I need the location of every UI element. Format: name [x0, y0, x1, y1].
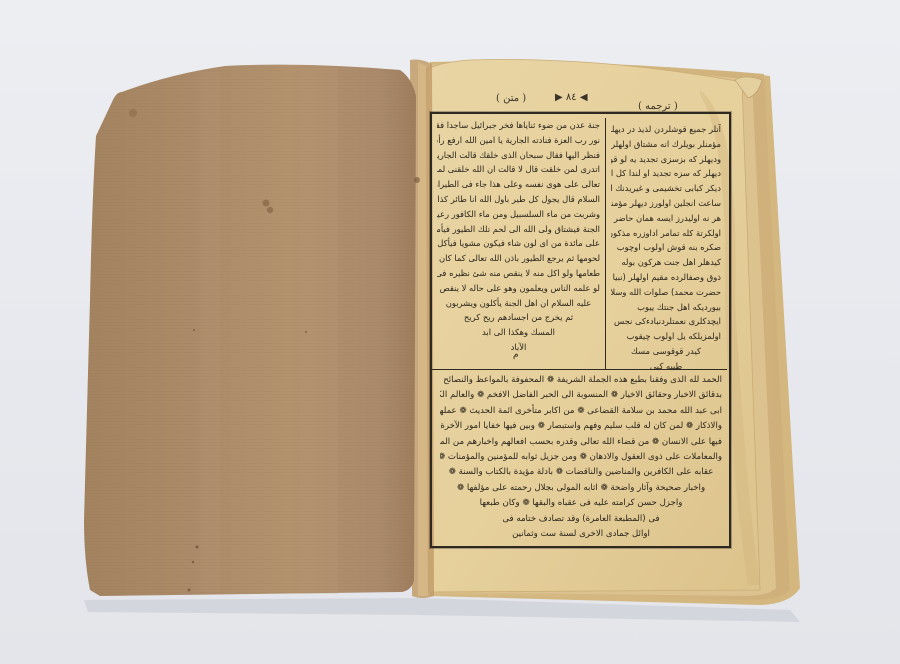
- text-line: لو علمه الناس ويعلمون وهو على حاله لا ين…: [437, 281, 600, 296]
- text-line: مؤمنلر بويلرك انه مشتاق اولهلر: [611, 137, 721, 152]
- photo-scene: ( متن ) ◀ ٨٤ ▶ ( ترجمه ) جنة عدن من ضوء …: [0, 0, 900, 664]
- text-line: ديكر كبابى تخشيمى و غيريدنك اول: [611, 181, 721, 196]
- text-line: كيدهلر اهل جنت هركون بوله: [611, 255, 721, 270]
- text-line: بيورديكه اهل جنتك ييوب: [611, 300, 721, 315]
- ornament-right-icon: ▶: [555, 92, 563, 103]
- text-line: والاذكار ❁ لمن كان له قلب سليم وفهم واست…: [440, 419, 722, 434]
- main-text-column: جنة عدن من ضوء ثناياها فخر جبرائيل ساجدا…: [437, 118, 600, 368]
- text-line: السلام قال يجول كل طير باول الله انا طائ…: [437, 192, 600, 207]
- text-line: ابى عبد الله محمد بن سلامة القضاعى ❁ من …: [440, 404, 722, 419]
- running-head-page-number: ◀ ٨٤ ▶: [555, 92, 588, 103]
- text-line: اولكرتة كله تمامر اداوزره مذكون: [611, 226, 721, 241]
- page-number: ٨٤: [566, 92, 577, 103]
- text-line: طعامها ولو اكل منه لا ينقص منه شئ نظيره …: [437, 266, 600, 281]
- text-line: بدقائق الاخبار وحقائق الاخيار ❁ المنسوبة…: [440, 388, 722, 403]
- text-line: عليه السلام ان اهل الجنة يأكلون ويشربون: [437, 296, 600, 311]
- text-line: صكره بنه قوش اولوب اوچوب: [611, 240, 721, 255]
- ornament-left-icon: ◀: [580, 92, 588, 103]
- text-line: طيبه كبى: [611, 359, 721, 372]
- text-line: فنظر اليها فقال سبحان الذى خلقك قالت الج…: [437, 148, 600, 163]
- text-line: ايچدكلرى نعمتلردنبادءكى نجس: [611, 314, 721, 329]
- text-line: هر نه اوليدرز ايسه همان حاضر: [611, 211, 721, 226]
- translation-column: آنلر جميع قوشلردن لذيذ در ديهلر مؤمنلر ب…: [611, 122, 721, 372]
- text-line: ساعت انجلين اولورز ديهلر مؤمنلر: [611, 196, 721, 211]
- text-line: فى (المطبعة العامرة) وقد تصادف ختامه فى: [440, 512, 722, 527]
- text-line: الجنة فيشتاق ولى الله الى لحم تلك الطيور…: [437, 222, 600, 237]
- running-head-left-label: ( متن ): [496, 93, 526, 104]
- text-line: الحمد لله الذى وفقنا بطبع هذه الجملة الش…: [440, 373, 722, 388]
- text-line: نور رب العزة فنادته الجارية يا امين الله…: [437, 133, 600, 148]
- running-head-right-label: ( ترجمه ): [638, 101, 678, 112]
- text-line: تعالى على هوى نفسه وعلى هذا جاء فى الطير…: [437, 177, 600, 192]
- text-line: والمعاملات على ذوى العقول والاذهان ❁ ومن…: [440, 450, 722, 465]
- text-line: حضرت محمد) صلوات الله وسلامه: [611, 285, 721, 300]
- text-line: وديهلر كه بزسزى تجديد يه لو قوشلر: [611, 152, 721, 167]
- text-line: ثم يخرج من اجسادهم ريح كريح: [437, 310, 600, 325]
- text-line: جنة عدن من ضوء ثناياها فخر جبرائيل ساجدا…: [437, 118, 600, 133]
- text-line: كيدر قوقوسى مسك: [611, 344, 721, 359]
- text-line: آنلر جميع قوشلردن لذيذ در ديهلر: [611, 122, 721, 137]
- text-line: واجزل حسن كرامته عليه فى عقباه والبقها ❁…: [440, 496, 722, 511]
- text-line: وشربت من ماء السلسبيل ومن ماء الكافور رع…: [437, 207, 600, 222]
- text-line: اتدرى لمن خلقت قال لا قالت ان الله خلقنى…: [437, 162, 600, 177]
- text-line: ذوق وصفالرده مقيم اولهلر (نبيا: [611, 270, 721, 285]
- text-line: فيها على الانسان ❁ من قضاء الله تعالى وق…: [440, 435, 722, 450]
- text-line: واخبار صحيحة وآثار واضحة ❁ اثابه المولى …: [440, 481, 722, 496]
- column-end-mark: م: [513, 350, 519, 360]
- text-line: عقابه على الكافرين والمناضين والناقضات ❁…: [440, 465, 722, 480]
- text-line: ديهلر كه سزه تجديد او لندا كل ايدر: [611, 166, 721, 181]
- text-line: على مائدة من اى لون شاء فيكون مشويا فيأك…: [437, 236, 600, 251]
- colophon-text: الحمد لله الذى وفقنا بطبع هذه الجملة الش…: [440, 373, 722, 541]
- text-line: اوائل جمادى الاخرى لسنة ست وثمانين: [440, 527, 722, 541]
- column-divider: [605, 118, 606, 370]
- text-line: المسك وهكذا الى ابد: [437, 325, 600, 340]
- text-line: اولمزبلكه يل اولوب چيقوب: [611, 329, 721, 344]
- text-line: لحومها ثم يرجع الطيور باذن الله تعالى كم…: [437, 251, 600, 266]
